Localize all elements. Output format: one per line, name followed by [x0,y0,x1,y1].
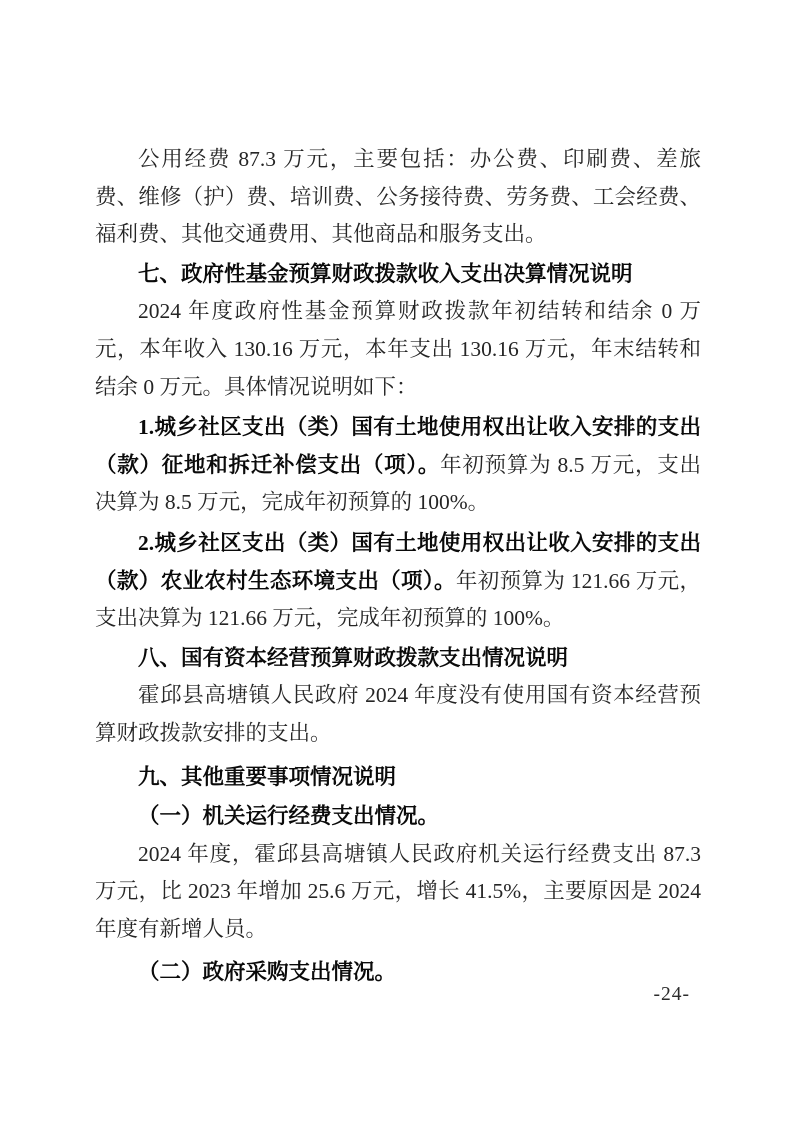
heading-section-seven-govfund-budget: 七、政府性基金预算财政拨款收入支出决算情况说明 [95,256,701,294]
heading-section-nine-other-important-matters: 九、其他重要事项情况说明 [95,759,701,797]
heading-sub-2-government-procurement: （二）政府采购支出情况。 [95,954,701,992]
heading-sub-1-agency-operating-expense: （一）机关运行经费支出情况。 [95,798,701,836]
paragraph-govfund-summary: 2024 年度政府性基金预算财政拨款年初结转和结余 0 万元，本年收入 130.… [95,293,701,406]
page-number: -24- [654,984,691,1006]
paragraph-state-capital-statement: 霍邱县高塘镇人民政府 2024 年度没有使用国有资本经营预算财政拨款安排的支出。 [95,677,701,752]
document-content: 公用经费 87.3 万元，主要包括：办公费、印刷费、差旅费、维修（护）费、培训费… [95,141,701,992]
paragraph-public-operating-funds: 公用经费 87.3 万元，主要包括：办公费、印刷费、差旅费、维修（护）费、培训费… [95,141,701,254]
document-page: 公用经费 87.3 万元，主要包括：办公费、印刷费、差旅费、维修（护）费、培训费… [0,0,793,1122]
paragraph-agency-operating-expense-detail: 2024 年度，霍邱县高塘镇人民政府机关运行经费支出 87.3 万元，比 202… [95,836,701,949]
heading-section-eight-state-capital-budget: 八、国有资本经营预算财政拨款支出情况说明 [95,640,701,678]
paragraph-item-1-land-transfer-compensation: 1.城乡社区支出（类）国有土地使用权出让收入安排的支出（款）征地和拆迁补偿支出（… [95,409,701,522]
paragraph-item-2-rural-eco-environment: 2.城乡社区支出（类）国有土地使用权出让收入安排的支出（款）农业农村生态环境支出… [95,525,701,638]
